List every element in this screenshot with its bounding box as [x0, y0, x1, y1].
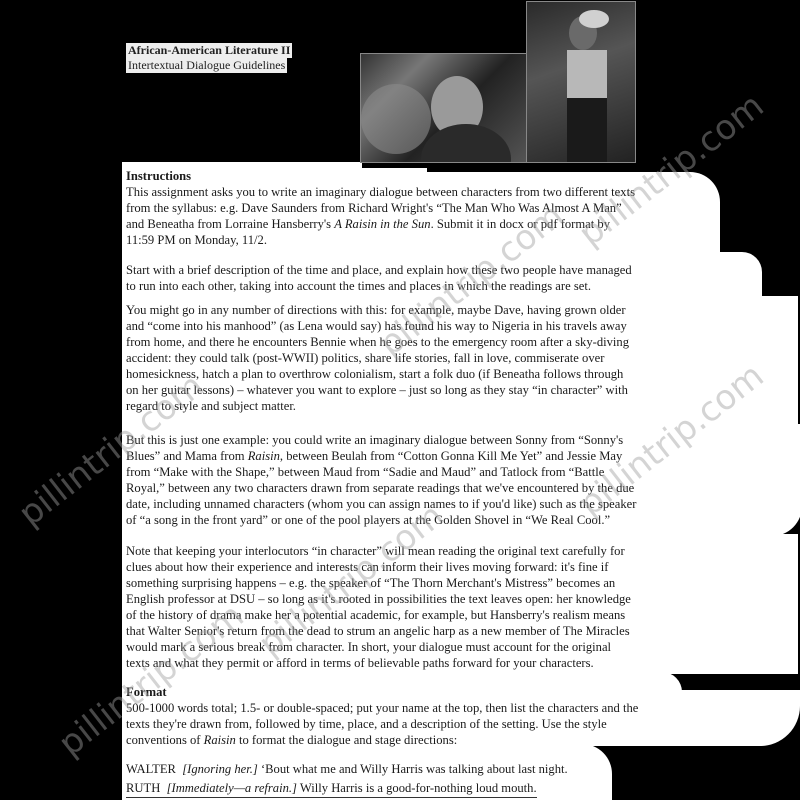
text-line: of “a song in the front yard” or one of … — [126, 512, 610, 529]
text-line: But this is just one example: you could … — [126, 432, 623, 449]
book-title: Raisin — [204, 733, 236, 747]
text-line: from the syllabus: e.g. Dave Saunders fr… — [126, 200, 622, 217]
photo-young-man — [360, 53, 530, 163]
text-line: texts and what they permit or afford in … — [126, 655, 594, 672]
text-line: would mark a serious break from characte… — [126, 639, 611, 656]
text-line: and Beneatha from Lorraine Hansberry's A… — [126, 216, 610, 233]
text-line: English professor at DSU – so long as it… — [126, 591, 631, 608]
dialogue-example-line: WALTER [Ignoring her.] ‘Bout what me and… — [126, 761, 568, 778]
text-line: homesickness, hatch a plan to overthrow … — [126, 366, 623, 383]
speaker-name: RUTH — [126, 781, 160, 795]
stage-direction: [Ignoring her.] — [182, 762, 258, 776]
book-title: Raisin — [248, 449, 280, 463]
dialogue-example-line: RUTH [Immediately—a refrain.] Willy Harr… — [126, 780, 537, 798]
text-line: Start with a brief description of the ti… — [126, 262, 632, 279]
text-line: Note that keeping your interlocutors “in… — [126, 543, 625, 560]
photo-woman-on-phone — [526, 1, 636, 163]
stage-direction: [Immediately—a refrain.] — [167, 781, 297, 795]
text-line: texts they're drawn from, followed by ti… — [126, 716, 607, 733]
speaker-name: WALTER — [126, 762, 176, 776]
text-line: You might go in any number of directions… — [126, 302, 626, 319]
text-line: regard to style and subject matter. — [126, 398, 296, 415]
text-line: clues about how their experience and int… — [126, 559, 608, 576]
text-line: accident: they could talk (post-WWII) po… — [126, 350, 604, 367]
text-line: something surprising happens – e.g. the … — [126, 575, 615, 592]
text-line: from home, and there he encounters Benni… — [126, 334, 629, 351]
text-line: 11:59 PM on Monday, 11/2. — [126, 232, 267, 249]
course-title: African-American Literature II — [126, 43, 292, 58]
paper-region — [122, 672, 682, 692]
format-heading: Format — [126, 684, 167, 701]
book-title: A Raisin in the Sun — [334, 217, 430, 231]
document-title: Intertextual Dialogue Guidelines — [126, 58, 287, 73]
text-line: This assignment asks you to write an ima… — [126, 184, 635, 201]
text-line: 500-1000 words total; 1.5- or double-spa… — [126, 700, 638, 717]
text-line: date, including unnamed characters (whom… — [126, 496, 636, 513]
dialogue-text: ‘Bout what me and Willy Harris was talki… — [258, 762, 568, 776]
text-line: that Walter Senior's return from the dea… — [126, 623, 630, 640]
text-line: on her guitar lessons) – whatever you wa… — [126, 382, 628, 399]
text-line: of the history of drama make her a poten… — [126, 607, 625, 624]
text-line: Blues” and Mama from Raisin, between Beu… — [126, 448, 622, 465]
text-line: conventions of Raisin to format the dial… — [126, 732, 457, 749]
text-line: to run into each other, taking into acco… — [126, 278, 591, 295]
text-line: and “come into his manhood” (as Lena wou… — [126, 318, 627, 335]
instructions-heading: Instructions — [126, 168, 191, 185]
dialogue-text: Willy Harris is a good-for-nothing loud … — [297, 781, 537, 795]
text-line: Royal,” between any two characters drawn… — [126, 480, 634, 497]
text-line: from “Make with the Shape,” between Maud… — [126, 464, 604, 481]
